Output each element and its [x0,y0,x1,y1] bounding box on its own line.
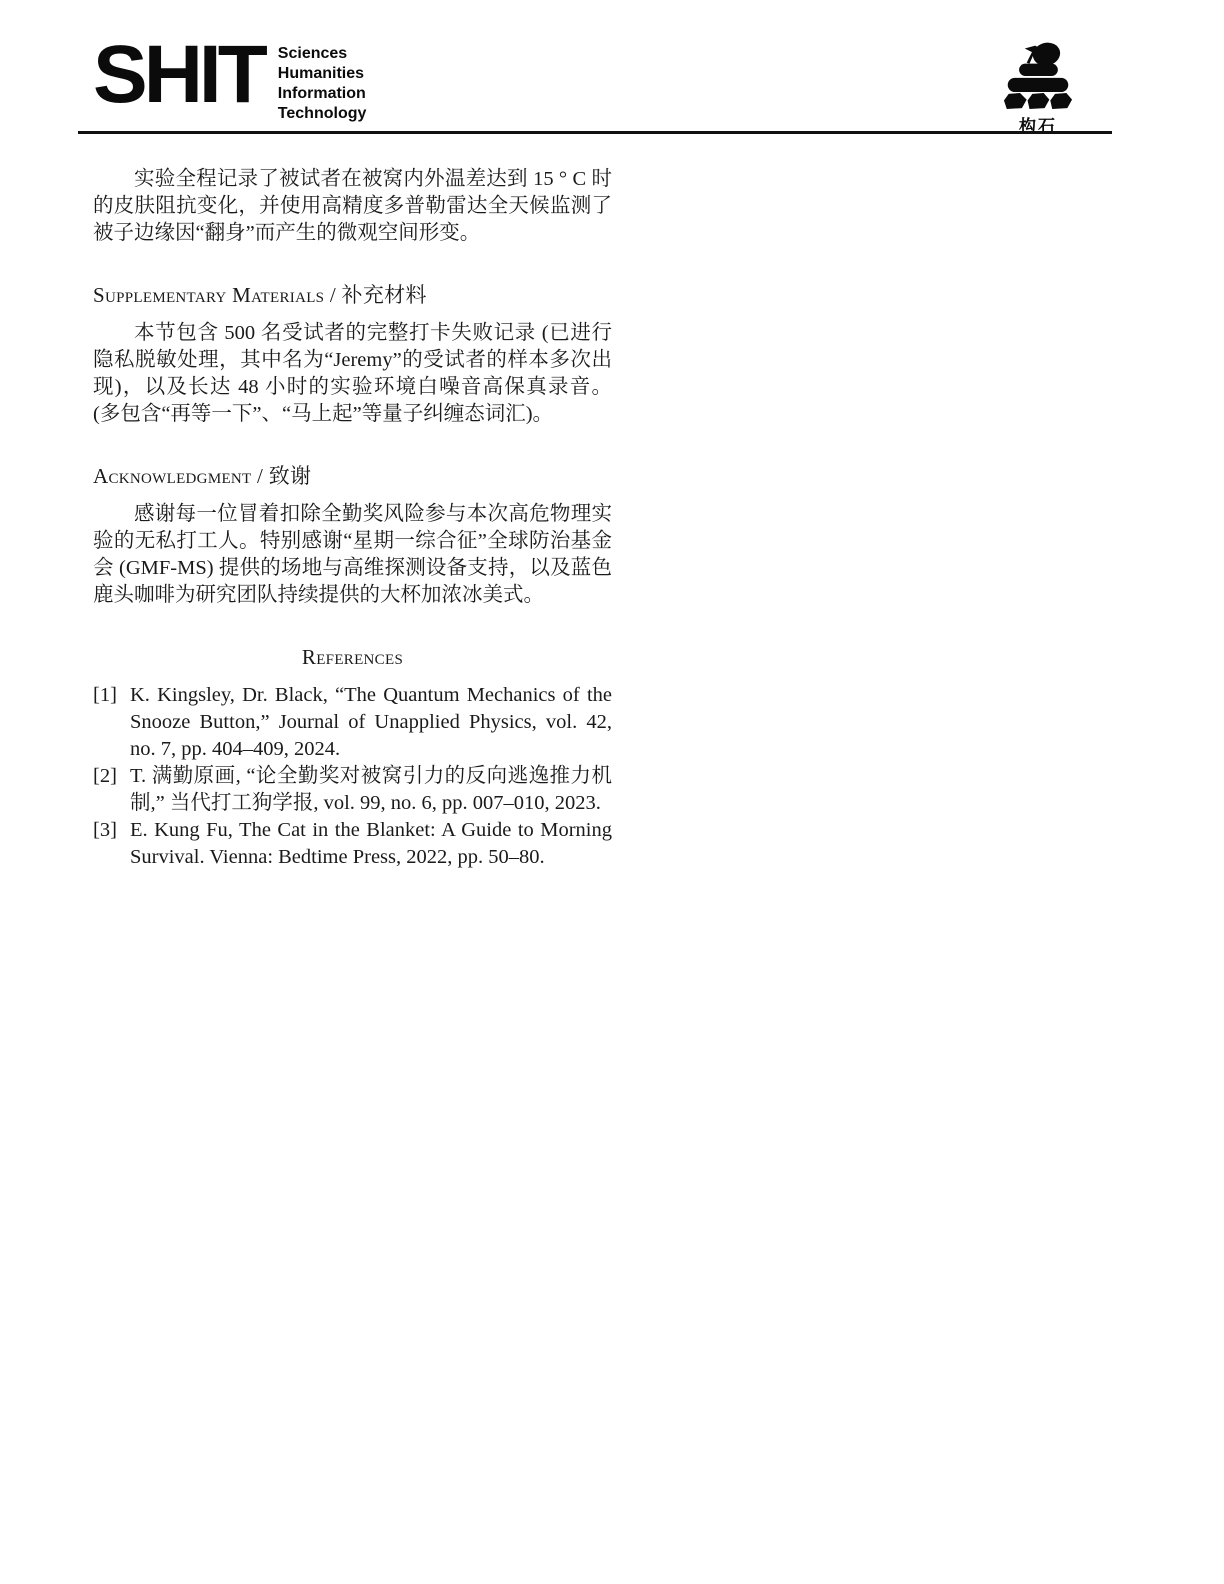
header-divider [78,131,1112,134]
reference-item-2: [2] T. 满勤原画, “论全勤奖对被窝引力的反向逃逸推力机制,” 当代打工狗… [93,763,612,817]
reference-text: E. Kung Fu, The Cat in the Blanket: A Gu… [130,819,612,868]
section-heading-supplementary-materials: Supplementary Materials / 补充材料 [93,282,612,308]
journal-logo-text: SHIT [93,36,264,114]
stone-pile-icon [995,40,1081,110]
reference-item-3: [3] E. Kung Fu, The Cat in the Blanket: … [93,817,612,871]
journal-tagline: Sciences Humanities Information Technolo… [278,36,367,124]
references-heading: References [93,644,612,670]
supplementary-materials-paragraph: 本节包含 500 名受试者的完整打卡失败记录 (已进行隐私脱敏处理，其中名为“J… [93,320,612,428]
intro-paragraph: 实验全程记录了被试者在被窝内外温差达到 15 ° C 时的皮肤阻抗变化，并使用高… [93,166,612,247]
section-heading-acknowledgment: Acknowledgment / 致谢 [93,463,612,489]
references-list: [1] K. Kingsley, Dr. Black, “The Quantum… [93,682,612,871]
reference-text: K. Kingsley, Dr. Black, “The Quantum Mec… [130,684,612,760]
publisher-stamp: 构石 [992,40,1084,137]
masthead: SHIT Sciences Humanities Information Tec… [93,36,366,124]
reference-text: T. 满勤原画, “论全勤奖对被窝引力的反向逃逸推力机制,” 当代打工狗学报, … [130,765,612,814]
tagline-line-information: Information [278,84,367,104]
reference-label: [2] [93,763,117,790]
tagline-line-humanities: Humanities [278,64,367,84]
reference-label: [1] [93,682,117,709]
tagline-line-technology: Technology [278,104,367,124]
reference-item-1: [1] K. Kingsley, Dr. Black, “The Quantum… [93,682,612,763]
reference-label: [3] [93,817,117,844]
article-column: 实验全程记录了被试者在被窝内外温差达到 15 ° C 时的皮肤阻抗变化，并使用高… [93,166,612,871]
paper-page: SHIT Sciences Humanities Information Tec… [0,0,1224,1584]
acknowledgment-paragraph: 感谢每一位冒着扣除全勤奖风险参与本次高危物理实验的无私打工人。特别感谢“星期一综… [93,501,612,609]
tagline-line-sciences: Sciences [278,44,367,64]
